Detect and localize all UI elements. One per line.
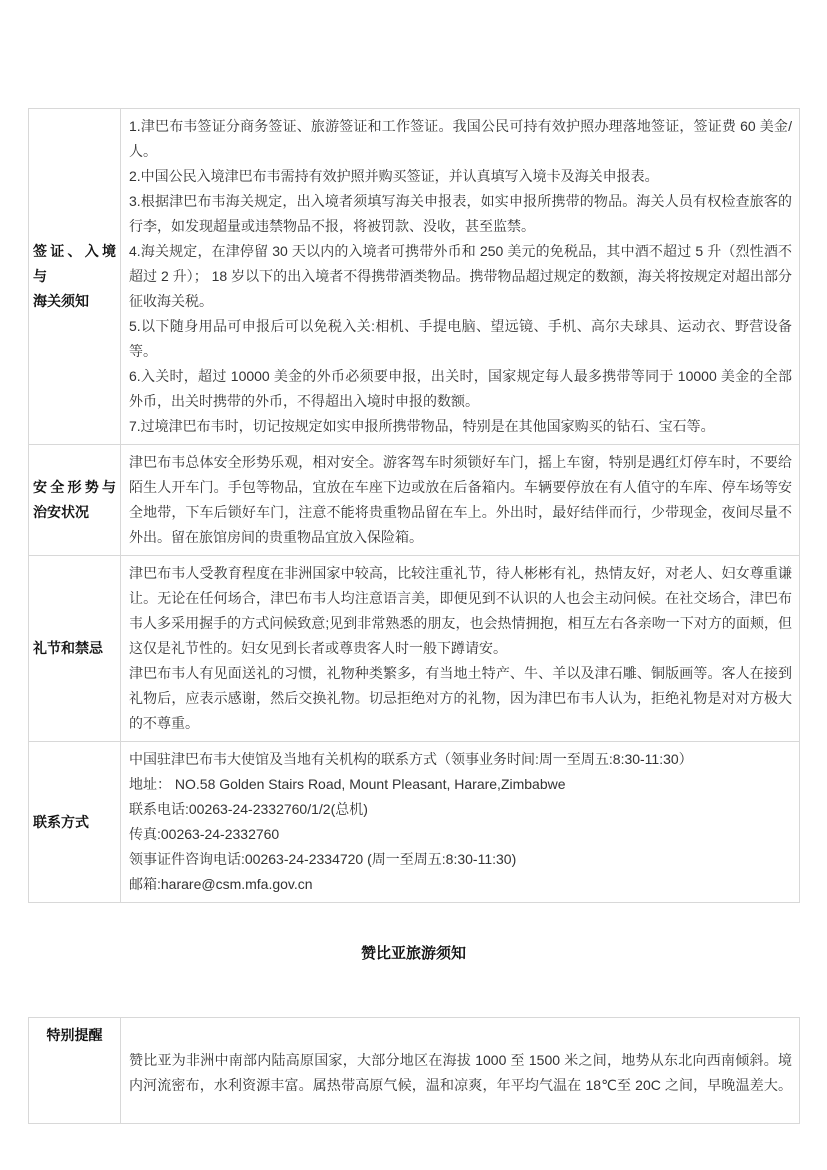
clipped-text: 赞比亚为非洲中南部内陆高原国家，大部分地区在海拔 1000 至 1500 米之间… (129, 1048, 792, 1098)
row-content-visa-entry-customs: 1.津巴布韦签证分商务签证、旅游签证和工作签证。我国公民可持有效护照办理落地签证… (121, 109, 800, 445)
row-label-line: 联系方式 (33, 810, 116, 835)
table-row-etiquette-taboos: 礼节和禁忌 津巴布韦人受教育程度在非洲国家中较高，比较注重礼节，待人彬彬有礼，热… (29, 556, 800, 742)
document-page: 签证、入境与 海关须知 1.津巴布韦签证分商务签证、旅游签证和工作签证。我国公民… (0, 0, 827, 1170)
row-label-line: 安全形势与 (33, 475, 116, 500)
row-label-line: 治安状况 (33, 500, 116, 525)
row-label-visa-entry-customs: 签证、入境与 海关须知 (29, 109, 121, 445)
table-row-visa-entry-customs: 签证、入境与 海关须知 1.津巴布韦签证分商务签证、旅游签证和工作签证。我国公民… (29, 109, 800, 445)
row-content-security-situation: 津巴布韦总体安全形势乐观，相对安全。游客驾车时须锁好车门，摇上车窗，特别是遇红灯… (121, 445, 800, 556)
row-label-contact-info: 联系方式 (29, 742, 121, 903)
row-label-line: 特别提醒 (33, 1023, 116, 1048)
table-row-security-situation: 安全形势与 治安状况 津巴布韦总体安全形势乐观，相对安全。游客驾车时须锁好车门，… (29, 445, 800, 556)
row-label-line: 签证、入境与 (33, 239, 116, 289)
row-label-security-situation: 安全形势与 治安状况 (29, 445, 121, 556)
row-content-contact-info: 中国驻津巴布韦大使馆及当地有关机构的联系方式（领事业务时间:周一至周五:8:30… (121, 742, 800, 903)
row-label-line: 海关须知 (33, 289, 116, 314)
zimbabwe-notice-table: 签证、入境与 海关须知 1.津巴布韦签证分商务签证、旅游签证和工作签证。我国公民… (28, 108, 800, 903)
row-content-special-reminder: 赞比亚为非洲中南部内陆高原国家，大部分地区在海拔 1000 至 1500 米之间… (121, 1018, 800, 1124)
table-row-contact-info: 联系方式 中国驻津巴布韦大使馆及当地有关机构的联系方式（领事业务时间:周一至周五… (29, 742, 800, 903)
row-label-special-reminder: 特别提醒 (29, 1018, 121, 1124)
section-title-zambia: 赞比亚旅游须知 (0, 941, 827, 966)
table-row-special-reminder: 特别提醒 赞比亚为非洲中南部内陆高原国家，大部分地区在海拔 1000 至 150… (29, 1018, 800, 1124)
row-label-line: 礼节和禁忌 (33, 636, 116, 661)
row-content-etiquette-taboos: 津巴布韦人受教育程度在非洲国家中较高，比较注重礼节，待人彬彬有礼，热情友好，对老… (121, 556, 800, 742)
row-label-etiquette-taboos: 礼节和禁忌 (29, 556, 121, 742)
zambia-notice-table: 特别提醒 赞比亚为非洲中南部内陆高原国家，大部分地区在海拔 1000 至 150… (28, 1017, 800, 1124)
